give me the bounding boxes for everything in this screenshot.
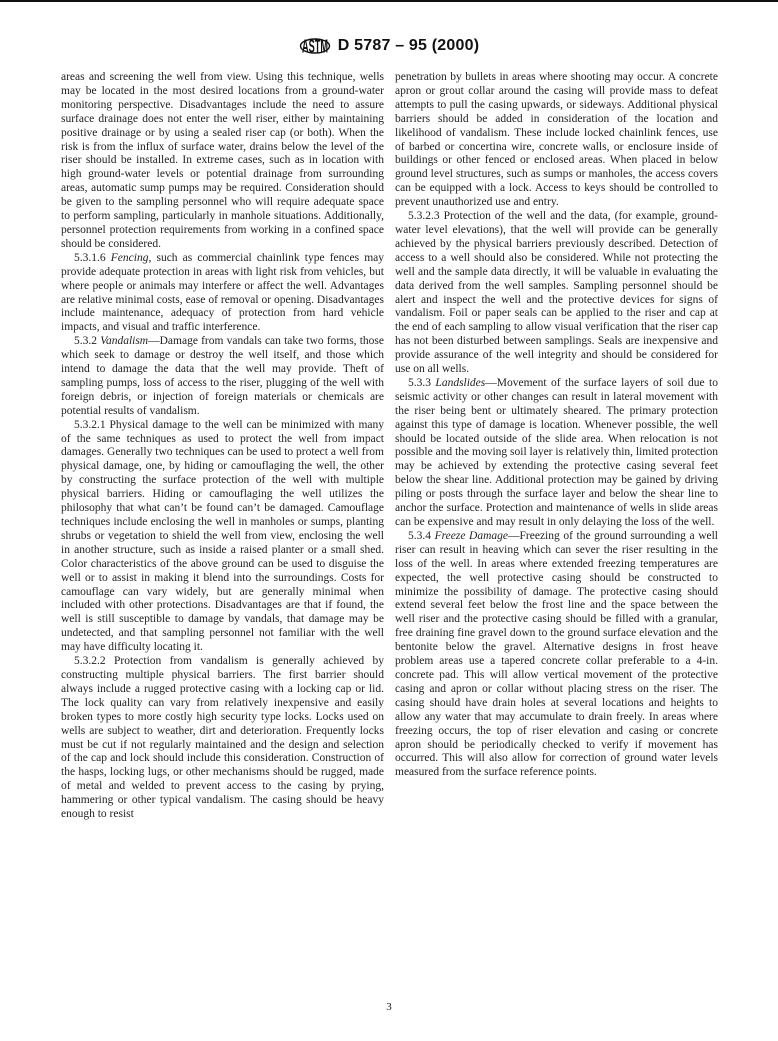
body-text: 5.3.2.2 Protection from vandalism is gen… — [61, 655, 384, 820]
section-term: Fencing — [111, 252, 149, 264]
body-text: 5.3.1.6 — [74, 252, 111, 264]
paragraph: 5.3.2.1 Physical damage to the well can … — [61, 419, 384, 655]
body-text: —Movement of the surface layers of soil … — [395, 377, 718, 528]
document-body: areas and screening the well from view. … — [61, 71, 718, 822]
paragraph: 5.3.3 Landslides—Movement of the surface… — [395, 377, 718, 530]
paragraph: 5.3.2 Vandalism—Damage from vandals can … — [61, 335, 384, 418]
body-text: , such as commercial chainlink type fenc… — [61, 252, 384, 334]
paragraph: 5.3.4 Freeze Damage—Freezing of the grou… — [395, 530, 718, 780]
body-text: 5.3.3 — [408, 377, 435, 389]
page-footer: 3 — [0, 1001, 778, 1013]
page-number: 3 — [386, 1001, 392, 1013]
section-term: Landslides — [435, 377, 485, 389]
paragraph: 5.3.2.2 Protection from vandalism is gen… — [61, 655, 384, 822]
scan-edge-line — [0, 0, 778, 2]
body-text: 5.3.4 — [408, 530, 435, 542]
paragraph: 5.3.1.6 Fencing, such as commercial chai… — [61, 252, 384, 335]
body-text: penetration by bullets in areas where sh… — [395, 71, 718, 208]
left-column: areas and screening the well from view. … — [61, 71, 384, 822]
body-text: 5.3.2.3 Protection of the well and the d… — [395, 210, 718, 375]
astm-logo-icon: ASTM — [299, 32, 331, 60]
body-text: 5.3.2.1 Physical damage to the well can … — [61, 419, 384, 654]
body-text: areas and screening the well from view. … — [61, 71, 384, 250]
paragraph: areas and screening the well from view. … — [61, 71, 384, 252]
paragraph: 5.3.2.3 Protection of the well and the d… — [395, 210, 718, 377]
document-page: ASTM D 5787 – 95 (2000) areas and screen… — [0, 0, 778, 1041]
document-id: D 5787 – 95 (2000) — [338, 37, 479, 55]
body-text: —Freezing of the ground surrounding a we… — [395, 530, 718, 778]
section-term: Vandalism — [100, 335, 148, 347]
body-text: 5.3.2 — [74, 335, 100, 347]
page-header: ASTM D 5787 – 95 (2000) — [0, 32, 778, 60]
section-term: Freeze Damage — [435, 530, 508, 542]
body-text: —Damage from vandals can take two forms,… — [61, 335, 384, 417]
right-column: penetration by bullets in areas where sh… — [395, 71, 718, 822]
paragraph: penetration by bullets in areas where sh… — [395, 71, 718, 210]
